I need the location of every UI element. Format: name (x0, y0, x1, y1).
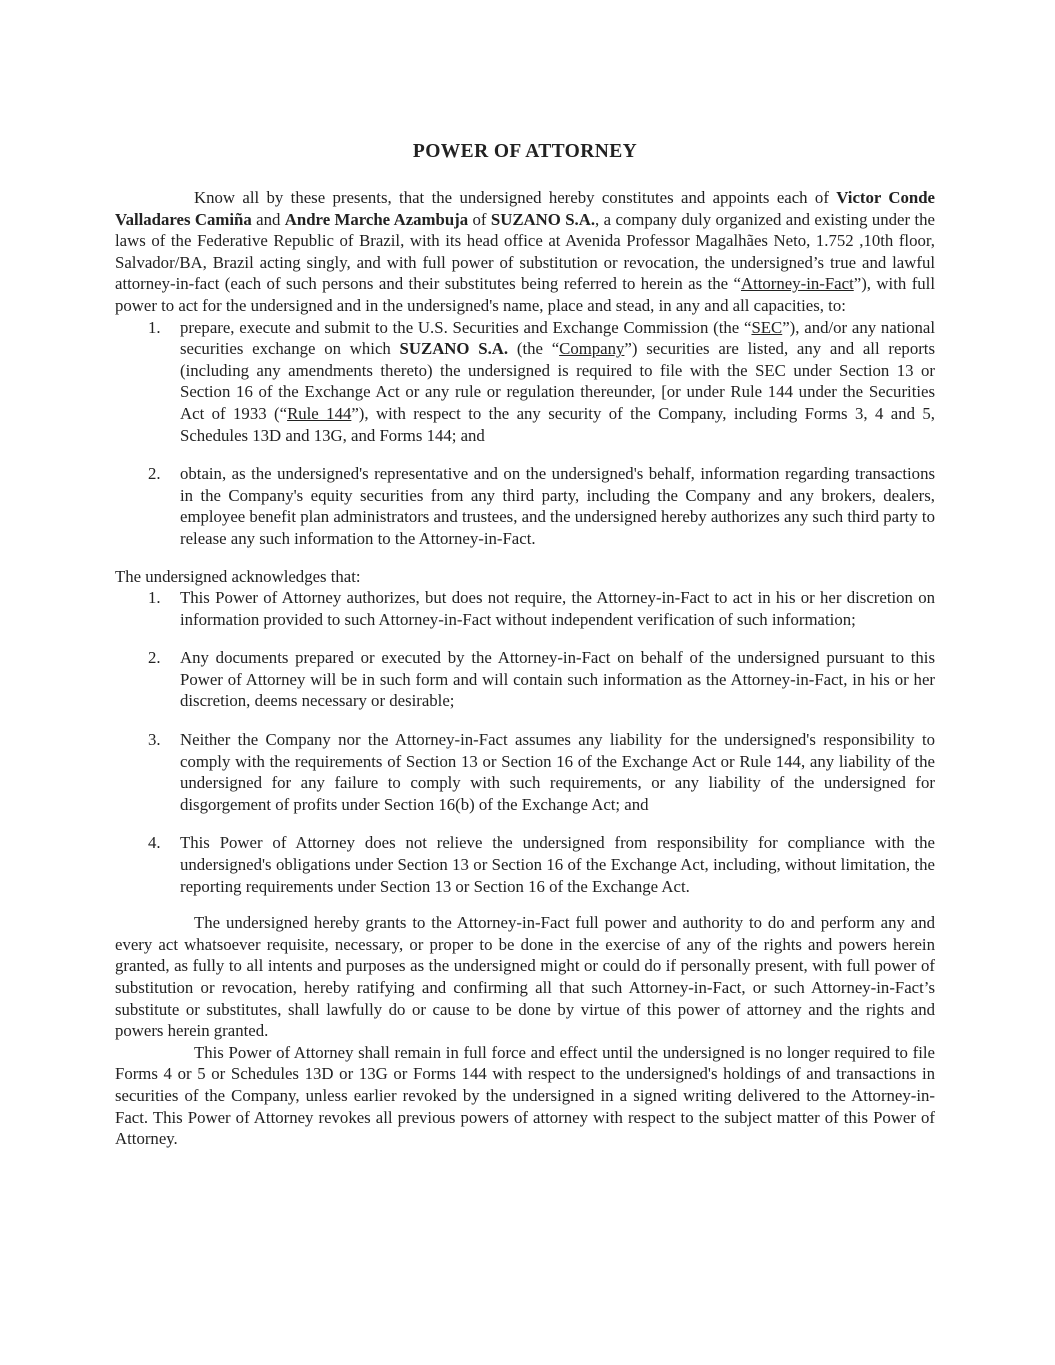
body-text: This Power of Attorney does not relieve … (180, 833, 935, 895)
underlined-term: Attorney-in-Fact (741, 274, 854, 293)
list-item-text: Any documents prepared or executed by th… (180, 648, 935, 710)
closing-paragraph-1: The undersigned hereby grants to the Att… (115, 912, 935, 1042)
bold-text: Andre Marche Azambuja (285, 210, 468, 229)
list-item-number: 2. (148, 463, 161, 485)
underlined-term: Company (559, 339, 624, 358)
bold-text: SUZANO S.A. (400, 339, 509, 358)
list-item: 3.Neither the Company nor the Attorney-i… (115, 729, 935, 815)
list-item-number: 1. (148, 587, 161, 609)
body-text: and (252, 210, 285, 229)
acknowledgements-list: 1.This Power of Attorney authorizes, but… (115, 587, 935, 897)
list-item-number: 4. (148, 832, 161, 854)
list-item-text: prepare, execute and submit to the U.S. … (180, 318, 935, 445)
acknowledge-line: The undersigned acknowledges that: (115, 566, 935, 588)
list-item-text: Neither the Company nor the Attorney-in-… (180, 730, 935, 814)
body-text: of (468, 210, 491, 229)
document-page: POWER OF ATTORNEY Know all by these pres… (0, 0, 1055, 1365)
powers-list: 1.prepare, execute and submit to the U.S… (115, 317, 935, 550)
body-text: (the “ (508, 339, 559, 358)
closing-paragraph-2: This Power of Attorney shall remain in f… (115, 1042, 935, 1150)
list-item: 2.Any documents prepared or executed by … (115, 647, 935, 712)
document-title: POWER OF ATTORNEY (115, 141, 935, 163)
body-text: obtain, as the undersigned's representat… (180, 464, 935, 548)
body-text: prepare, execute and submit to the U.S. … (180, 318, 751, 337)
list-item: 1.prepare, execute and submit to the U.S… (115, 317, 935, 447)
body-text: Neither the Company nor the Attorney-in-… (180, 730, 935, 814)
body-text: This Power of Attorney shall remain in f… (115, 1043, 935, 1148)
underlined-term: SEC (751, 318, 782, 337)
list-item-number: 1. (148, 317, 161, 339)
body-text: The undersigned hereby grants to the Att… (115, 913, 935, 1040)
body-text: This Power of Attorney authorizes, but d… (180, 588, 935, 629)
list-item-text: This Power of Attorney does not relieve … (180, 833, 935, 895)
list-item-number: 3. (148, 729, 161, 751)
intro-paragraph: Know all by these presents, that the und… (115, 187, 935, 317)
body-text: Any documents prepared or executed by th… (180, 648, 935, 710)
list-item-text: This Power of Attorney authorizes, but d… (180, 588, 935, 629)
underlined-term: Rule 144 (287, 404, 351, 423)
body-text: Know all by these presents, that the und… (194, 188, 836, 207)
list-item-text: obtain, as the undersigned's representat… (180, 464, 935, 548)
list-item: 2.obtain, as the undersigned's represent… (115, 463, 935, 549)
bold-text: SUZANO S.A. (491, 210, 595, 229)
list-item-number: 2. (148, 647, 161, 669)
list-item: 1.This Power of Attorney authorizes, but… (115, 587, 935, 630)
list-item: 4.This Power of Attorney does not reliev… (115, 832, 935, 897)
